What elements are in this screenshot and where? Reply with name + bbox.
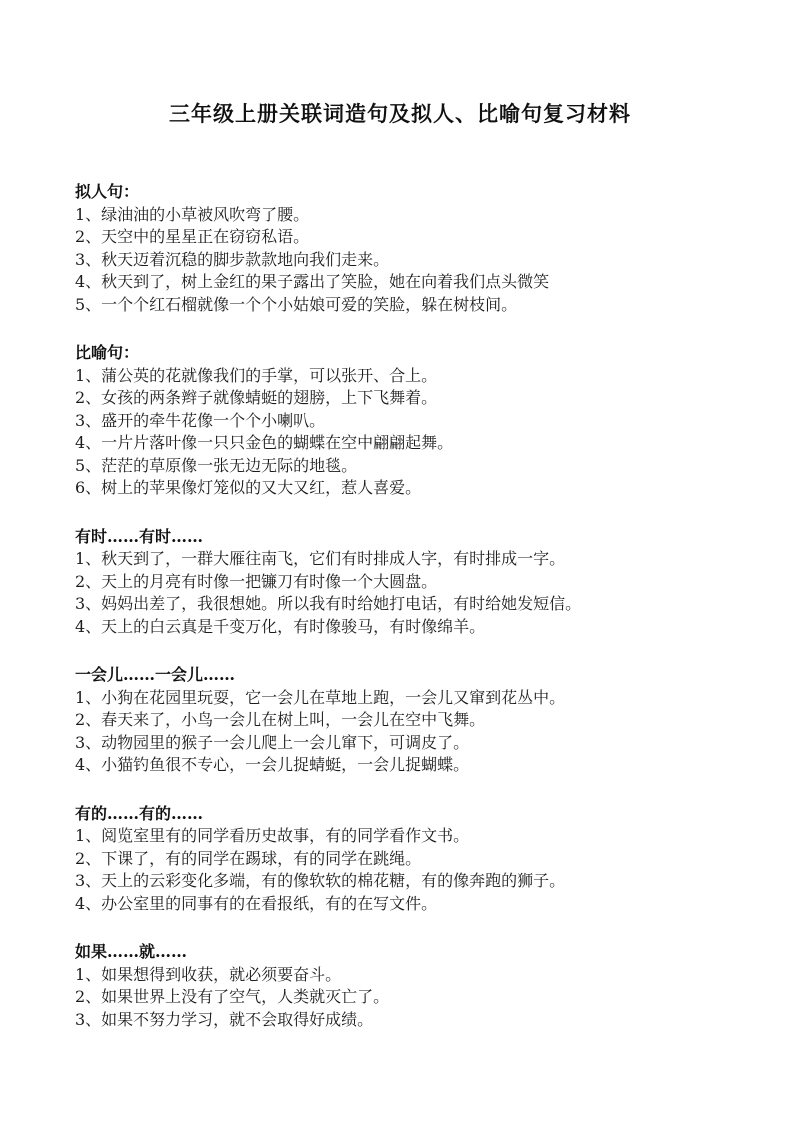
sentence-item: 3、动物园里的猴子一会儿爬上一会儿窜下，可调皮了。 [75, 732, 740, 755]
document-page: 三年级上册关联词造句及拟人、比喻句复习材料 拟人句：1、绿油油的小草被风吹弯了腰… [0, 0, 800, 1132]
section-heading: 有时……有时…… [75, 526, 740, 549]
section-heading: 一会儿……一会儿…… [75, 664, 740, 687]
section-heading: 如果……就…… [75, 941, 740, 964]
section-heading: 比喻句： [75, 342, 740, 365]
sentence-item: 3、秋天迈着沉稳的脚步款款地向我们走来。 [75, 249, 740, 272]
section: 比喻句：1、蒲公英的花就像我们的手掌，可以张开、合上。2、女孩的两条辫子就像蜻蜓… [75, 342, 740, 500]
section: 有的……有的……1、阅览室里有的同学看历史故事，有的同学看作文书。2、下课了，有… [75, 803, 740, 916]
sentence-item: 4、小猫钓鱼很不专心，一会儿捉蜻蜓，一会儿捉蝴蝶。 [75, 754, 740, 777]
document-body: 拟人句：1、绿油油的小草被风吹弯了腰。2、天空中的星星正在窃窃私语。3、秋天迈着… [0, 128, 800, 1031]
sentence-item: 1、绿油油的小草被风吹弯了腰。 [75, 204, 740, 227]
page-title: 三年级上册关联词造句及拟人、比喻句复习材料 [0, 0, 800, 128]
section: 如果……就……1、如果想得到收获，就必须要奋斗。2、如果世界上没有了空气，人类就… [75, 941, 740, 1031]
section-heading: 有的……有的…… [75, 803, 740, 826]
sentence-item: 1、如果想得到收获，就必须要奋斗。 [75, 964, 740, 987]
sentence-item: 1、阅览室里有的同学看历史故事，有的同学看作文书。 [75, 825, 740, 848]
sentence-item: 6、树上的苹果像灯笼似的又大又红，惹人喜爱。 [75, 477, 740, 500]
section: 有时……有时……1、秋天到了，一群大雁往南飞，它们有时排成人字，有时排成一字。2… [75, 526, 740, 639]
section: 一会儿……一会儿……1、小狗在花园里玩耍，它一会儿在草地上跑，一会儿又窜到花丛中… [75, 664, 740, 777]
sentence-item: 5、茫茫的草原像一张无边无际的地毯。 [75, 455, 740, 478]
sentence-item: 3、盛开的牵牛花像一个个小喇叭。 [75, 410, 740, 433]
sentence-item: 1、秋天到了，一群大雁往南飞，它们有时排成人字，有时排成一字。 [75, 548, 740, 571]
sentence-item: 5、一个个红石榴就像一个个小姑娘可爱的笑脸，躲在树枝间。 [75, 294, 740, 317]
section-heading: 拟人句： [75, 181, 740, 204]
sentence-item: 3、天上的云彩变化多端，有的像软软的棉花糖，有的像奔跑的狮子。 [75, 870, 740, 893]
sentence-item: 3、妈妈出差了，我很想她。所以我有时给她打电话，有时给她发短信。 [75, 593, 740, 616]
sentence-item: 1、小狗在花园里玩耍，它一会儿在草地上跑，一会儿又窜到花丛中。 [75, 687, 740, 710]
sentence-item: 1、蒲公英的花就像我们的手掌，可以张开、合上。 [75, 365, 740, 388]
sentence-item: 2、天上的月亮有时像一把镰刀有时像一个大圆盘。 [75, 571, 740, 594]
sentence-item: 2、春天来了，小鸟一会儿在树上叫，一会儿在空中飞舞。 [75, 709, 740, 732]
sentence-item: 2、天空中的星星正在窃窃私语。 [75, 226, 740, 249]
sentence-item: 4、办公室里的同事有的在看报纸，有的在写文件。 [75, 893, 740, 916]
sentence-item: 3、如果不努力学习，就不会取得好成绩。 [75, 1009, 740, 1032]
sentence-item: 2、如果世界上没有了空气，人类就灭亡了。 [75, 986, 740, 1009]
sentence-item: 4、一片片落叶像一只只金色的蝴蝶在空中翩翩起舞。 [75, 432, 740, 455]
section: 拟人句：1、绿油油的小草被风吹弯了腰。2、天空中的星星正在窃窃私语。3、秋天迈着… [75, 181, 740, 316]
sentence-item: 2、女孩的两条辫子就像蜻蜓的翅膀，上下飞舞着。 [75, 387, 740, 410]
sentence-item: 4、秋天到了，树上金红的果子露出了笑脸，她在向着我们点头微笑 [75, 271, 740, 294]
sentence-item: 2、下课了，有的同学在踢球，有的同学在跳绳。 [75, 848, 740, 871]
sentence-item: 4、天上的白云真是千变万化，有时像骏马，有时像绵羊。 [75, 616, 740, 639]
